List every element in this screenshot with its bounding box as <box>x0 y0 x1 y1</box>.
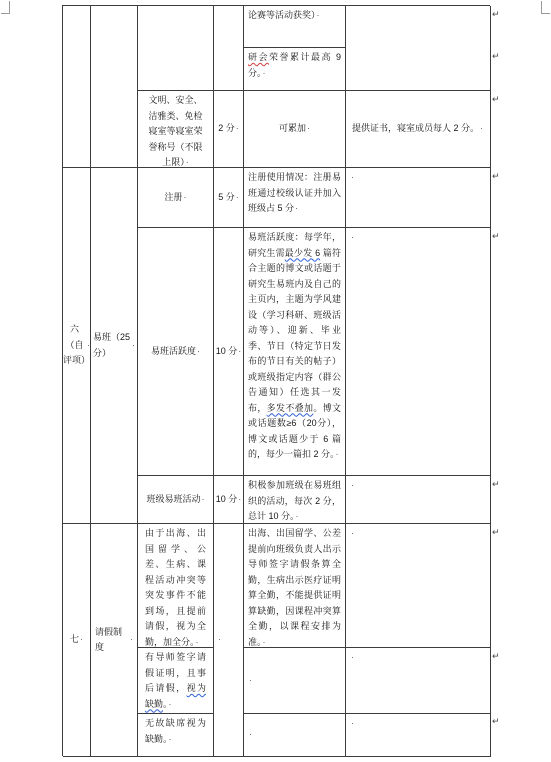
activity-criteria-part2: 篇符合主题的博文或话题于研究生易班内及自己的主页内，主题为学风建设（学习科研、班… <box>248 248 341 413</box>
cell-activity-indicator: 易班活跃度· <box>138 228 214 476</box>
row-end-mark: ↵ <box>492 232 500 241</box>
cell-end-mark: · <box>306 121 310 137</box>
prev-section-col2-spacer <box>91 6 138 168</box>
cell-end-mark: · <box>350 718 354 728</box>
cell-activity-remark: · <box>346 228 491 476</box>
prev-indicator-spacer <box>138 6 214 91</box>
cell-end-mark: · <box>131 338 135 354</box>
cell-leave1-criteria: 出海、出国留学、公差提前向班级负责人出示导师签字请假条算全勤，生病出示医疗证明算… <box>244 524 346 648</box>
prev-section-col1-spacer <box>63 6 91 168</box>
cell-prev-remark <box>346 6 491 91</box>
section7-label-text: 七 <box>70 632 79 648</box>
cell-activity-score: 10 分· <box>214 228 244 476</box>
prev-score-spacer <box>214 6 244 91</box>
cell-end-mark: · <box>185 157 189 167</box>
cell-end-mark: · <box>129 632 133 648</box>
cell-end-mark: · <box>237 344 241 360</box>
cell-register-criteria: 注册使用情况：注册易班通过校级认证并加入班级占 5 分· <box>244 168 346 228</box>
cell-end-mark: · <box>235 190 239 206</box>
cell-section7-category: 请假制度· <box>91 524 138 757</box>
row-end-mark: ↵ <box>492 95 500 104</box>
dorm-score-text: 2 分 <box>218 121 235 137</box>
cell-dorm-remark: 提供证书，寝室成员每人 2 分。· <box>346 91 491 168</box>
activity-score-text: 10 分 <box>216 344 238 360</box>
cell-end-mark: · <box>217 632 221 648</box>
cell-leave1-indicator: 由于出海、出国留学、公差、生病、课程活动冲突等突发事件不能到场，且提前请假，视为… <box>138 524 214 648</box>
cell-dorm-score: 2 分· <box>214 91 244 168</box>
cell-absent-criteria: · <box>244 714 346 757</box>
cell-end-mark: · <box>294 203 298 213</box>
cell-end-mark: · <box>248 727 252 743</box>
section6-category-text: 易班（25分） <box>93 330 131 361</box>
row-end-mark: ↵ <box>492 717 500 726</box>
cell-leave2-criteria: · <box>244 648 346 714</box>
cell-end-mark: · <box>86 338 90 354</box>
row-end-mark: ↵ <box>492 480 500 489</box>
cell-section7-label: 七· <box>63 524 91 757</box>
cell-end-mark: · <box>350 172 354 182</box>
register-indicator-text: 注册 <box>164 190 182 206</box>
cell-absent-indicator: 无故缺席视为缺勤。· <box>138 714 214 757</box>
row-end-mark: ↵ <box>492 652 500 661</box>
cell-section6-label: 六（自评项）· <box>63 168 91 524</box>
register-score-text: 5 分 <box>218 190 235 206</box>
cell-classact-remark: · <box>346 476 491 524</box>
cell-section6-category: 易班（25分）· <box>91 168 138 524</box>
cell-leave1-remark: · <box>346 524 491 648</box>
cell-end-mark: · <box>196 344 200 360</box>
cell-leave-score: · <box>214 524 244 757</box>
cell-end-mark: · <box>350 652 354 662</box>
row-end-mark: ↵ <box>492 172 500 181</box>
cell-dorm-criteria: 可累加· <box>244 91 346 168</box>
honor-cap-flagged-text: 研会 <box>248 52 269 62</box>
cell-end-mark: · <box>316 10 320 20</box>
cell-end-mark: · <box>195 637 199 647</box>
cell-end-mark: · <box>79 632 83 648</box>
dorm-criteria-text: 可累加 <box>279 121 306 137</box>
cell-leave2-indicator: 有导师签字请假证明，且事后请假，视为缺勤。· <box>138 648 214 714</box>
leave2-indicator-part2: 。 <box>163 699 168 709</box>
activity-criteria-flagged2: 多发不叠加 <box>267 403 314 413</box>
cell-leave2-remark: · <box>346 648 491 714</box>
cell-activity-criteria: 易班活跃度：每学年，研究生需最少发 6 篇符合主题的博文或话题于研究生易班内及自… <box>244 228 346 476</box>
cell-end-mark: · <box>237 492 241 508</box>
cell-end-mark: · <box>350 480 354 490</box>
dorm-remark-text: 提供证书，寝室成员每人 2 分。 <box>352 121 479 137</box>
cell-end-mark: · <box>168 734 172 744</box>
cell-end-mark: · <box>183 190 187 206</box>
cell-classact-indicator: 班级易班活动· <box>138 476 214 524</box>
cell-classact-criteria: 积极参加班级在易班组织的活动，每次 2 分，总计 10 分。· <box>244 476 346 524</box>
cell-end-mark: · <box>350 528 354 538</box>
award-tail-text: 论赛等活动获奖） <box>248 10 316 20</box>
leave1-indicator-text: 由于出海、出国留学、公差、生病、课程活动冲突等突发事件不能到场，且提前请假，视为… <box>145 528 206 647</box>
cell-register-remark: · <box>346 168 491 228</box>
activity-indicator-text: 易班活跃度 <box>151 344 196 360</box>
word-document-page: { "page": { "row_end_mark": "↵", "cell_e… <box>0 0 551 762</box>
section7-category-text: 请假制度 <box>95 625 129 656</box>
absent-indicator-text: 无故缺席视为缺勤。 <box>145 718 206 744</box>
dorm-indicator-text: 文明、安全、洁雅类、免检寝室等寝室荣誉称号（不限上限） <box>148 95 202 167</box>
cell-award-tail: 论赛等活动获奖）· <box>244 6 346 48</box>
row-end-mark: ↵ <box>492 10 500 19</box>
cell-dorm-indicator: 文明、安全、洁雅类、免检寝室等寝室荣誉称号（不限上限）· <box>138 91 214 168</box>
activity-criteria-flagged1: 最少发 6 <box>285 248 320 258</box>
assessment-table: 论赛等活动获奖）· 研会荣誉累计最高 9 分。· 文明、安全、洁雅类、免检寝室等… <box>62 5 490 756</box>
cell-end-mark: · <box>201 492 205 508</box>
cell-register-indicator: 注册· <box>138 168 214 228</box>
page-corner-mark-right <box>541 1 550 14</box>
cell-honor-cap: 研会荣誉累计最高 9 分。· <box>244 48 346 91</box>
row-end-mark: ↵ <box>492 52 500 61</box>
leave1-criteria-text: 出海、出国留学、公差提前向班级负责人出示导师签字请假条算全勤，生病出示医疗证明算… <box>248 528 341 647</box>
cell-end-mark: · <box>168 699 172 709</box>
cell-classact-score: 10 分· <box>214 476 244 524</box>
cell-end-mark: · <box>262 68 266 78</box>
cell-end-mark: · <box>248 673 252 689</box>
cell-absent-remark: · <box>346 714 491 757</box>
cell-register-score: 5 分· <box>214 168 244 228</box>
classact-indicator-text: 班级易班活动 <box>146 492 200 508</box>
cell-end-mark: · <box>295 511 299 521</box>
cell-end-mark: · <box>350 232 354 242</box>
cell-end-mark: · <box>335 449 339 459</box>
cell-end-mark: · <box>479 121 483 137</box>
row-end-mark: ↵ <box>492 528 500 537</box>
section6-label-text: 六（自评项） <box>63 322 86 369</box>
classact-score-text: 10 分 <box>216 492 238 508</box>
cell-end-mark: · <box>235 121 239 137</box>
page-corner-mark-left <box>1 1 10 14</box>
cell-end-mark: · <box>262 637 266 647</box>
